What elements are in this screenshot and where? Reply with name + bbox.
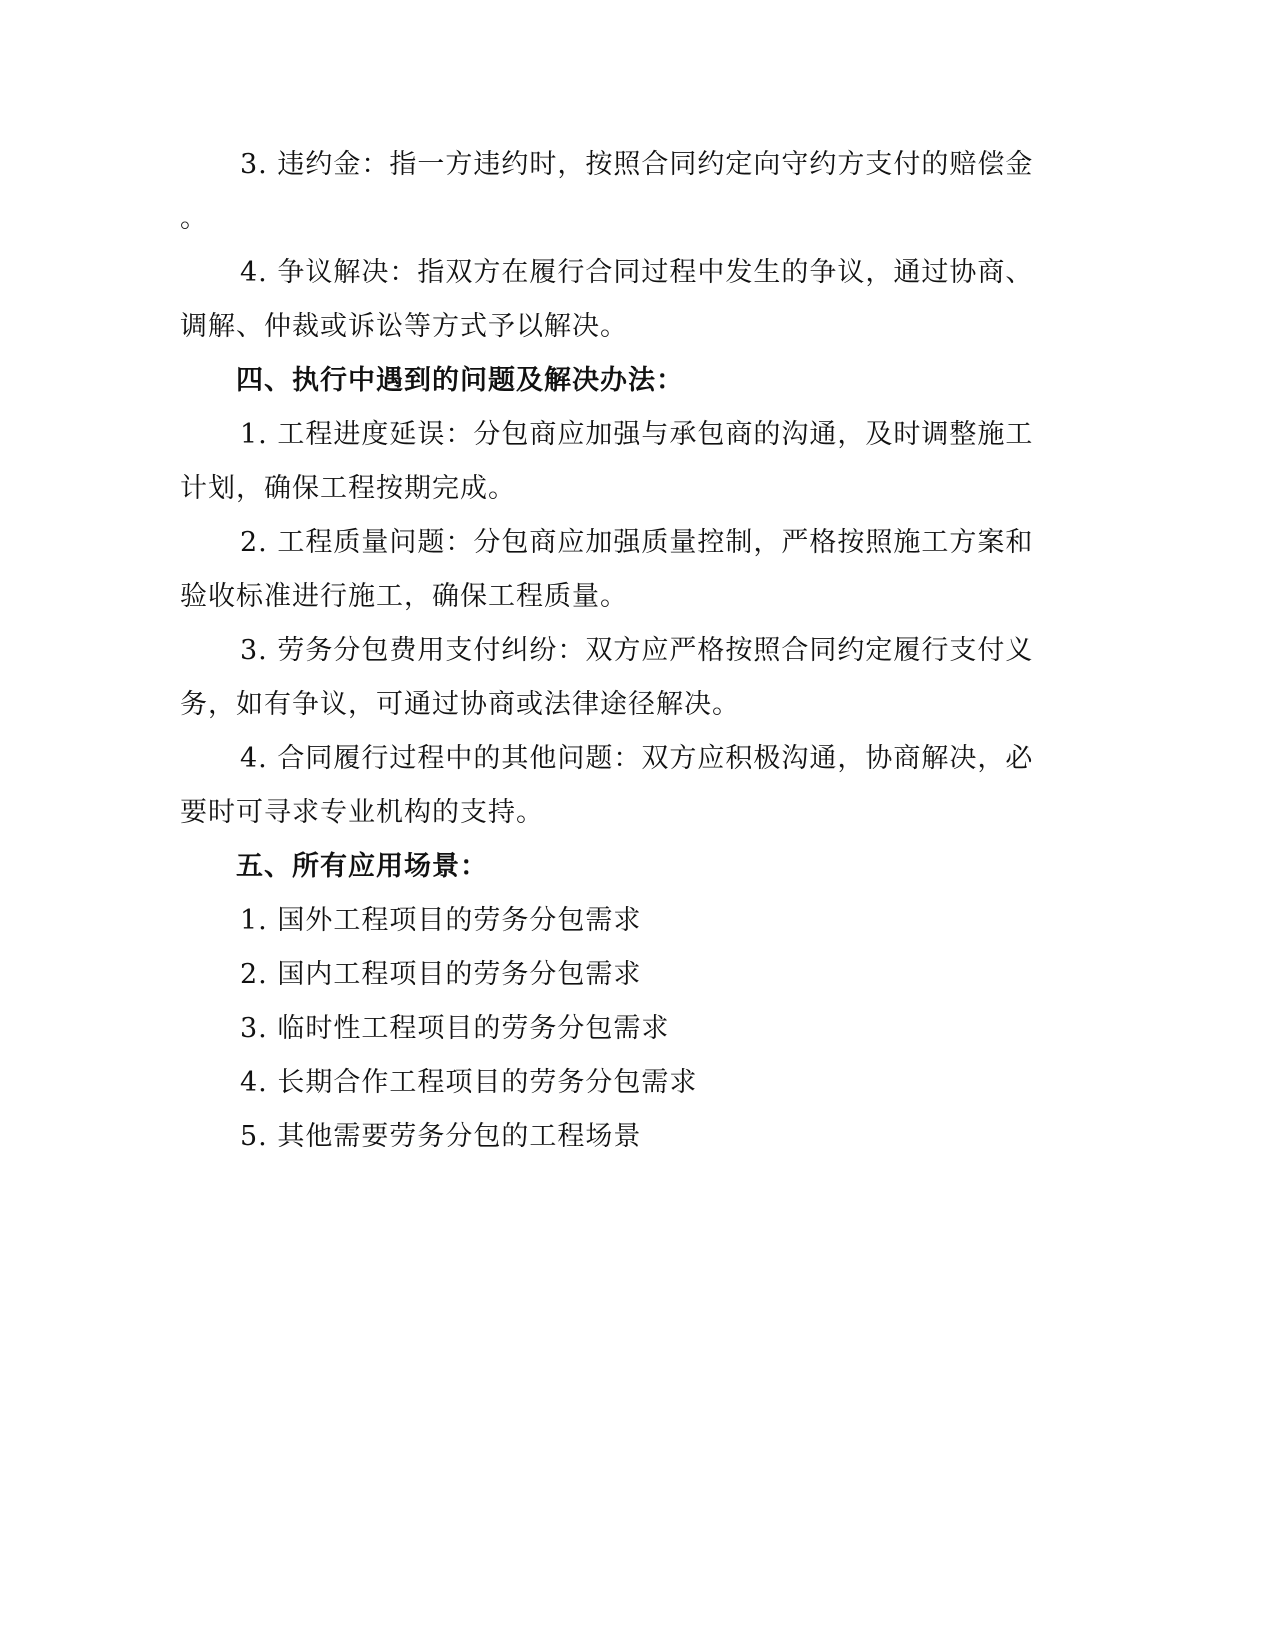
text-line: 计划，确保工程按期完成。 — [180, 472, 516, 506]
text-line: 5. 其他需要劳务分包的工程场景 — [240, 1120, 641, 1154]
text-line: 调解、仲裁或诉讼等方式予以解决。 — [180, 310, 628, 344]
text-line: 。 — [180, 202, 208, 236]
text-line: 3. 违约金：指一方违约时，按照合同约定向守约方支付的赔偿金 — [240, 148, 1033, 182]
text-line: 2. 工程质量问题：分包商应加强质量控制，严格按照施工方案和 — [240, 526, 1033, 560]
text-line: 4. 合同履行过程中的其他问题：双方应积极沟通，协商解决，必 — [240, 742, 1033, 776]
text-line: 3. 临时性工程项目的劳务分包需求 — [240, 1012, 669, 1046]
text-line: 4. 争议解决：指双方在履行合同过程中发生的争议，通过协商、 — [240, 256, 1033, 290]
text-line: 验收标准进行施工，确保工程质量。 — [180, 580, 628, 614]
text-line: 1. 工程进度延误：分包商应加强与承包商的沟通，及时调整施工 — [240, 418, 1033, 452]
section-heading: 四、执行中遇到的问题及解决办法： — [236, 364, 684, 398]
text-line: 1. 国外工程项目的劳务分包需求 — [240, 904, 641, 938]
text-line: 务，如有争议，可通过协商或法律途径解决。 — [180, 688, 740, 722]
section-heading: 五、所有应用场景： — [236, 850, 488, 884]
text-line: 4. 长期合作工程项目的劳务分包需求 — [240, 1066, 697, 1100]
text-line: 3. 劳务分包费用支付纠纷：双方应严格按照合同约定履行支付义 — [240, 634, 1033, 668]
text-line: 2. 国内工程项目的劳务分包需求 — [240, 958, 641, 992]
text-line: 要时可寻求专业机构的支持。 — [180, 796, 544, 830]
